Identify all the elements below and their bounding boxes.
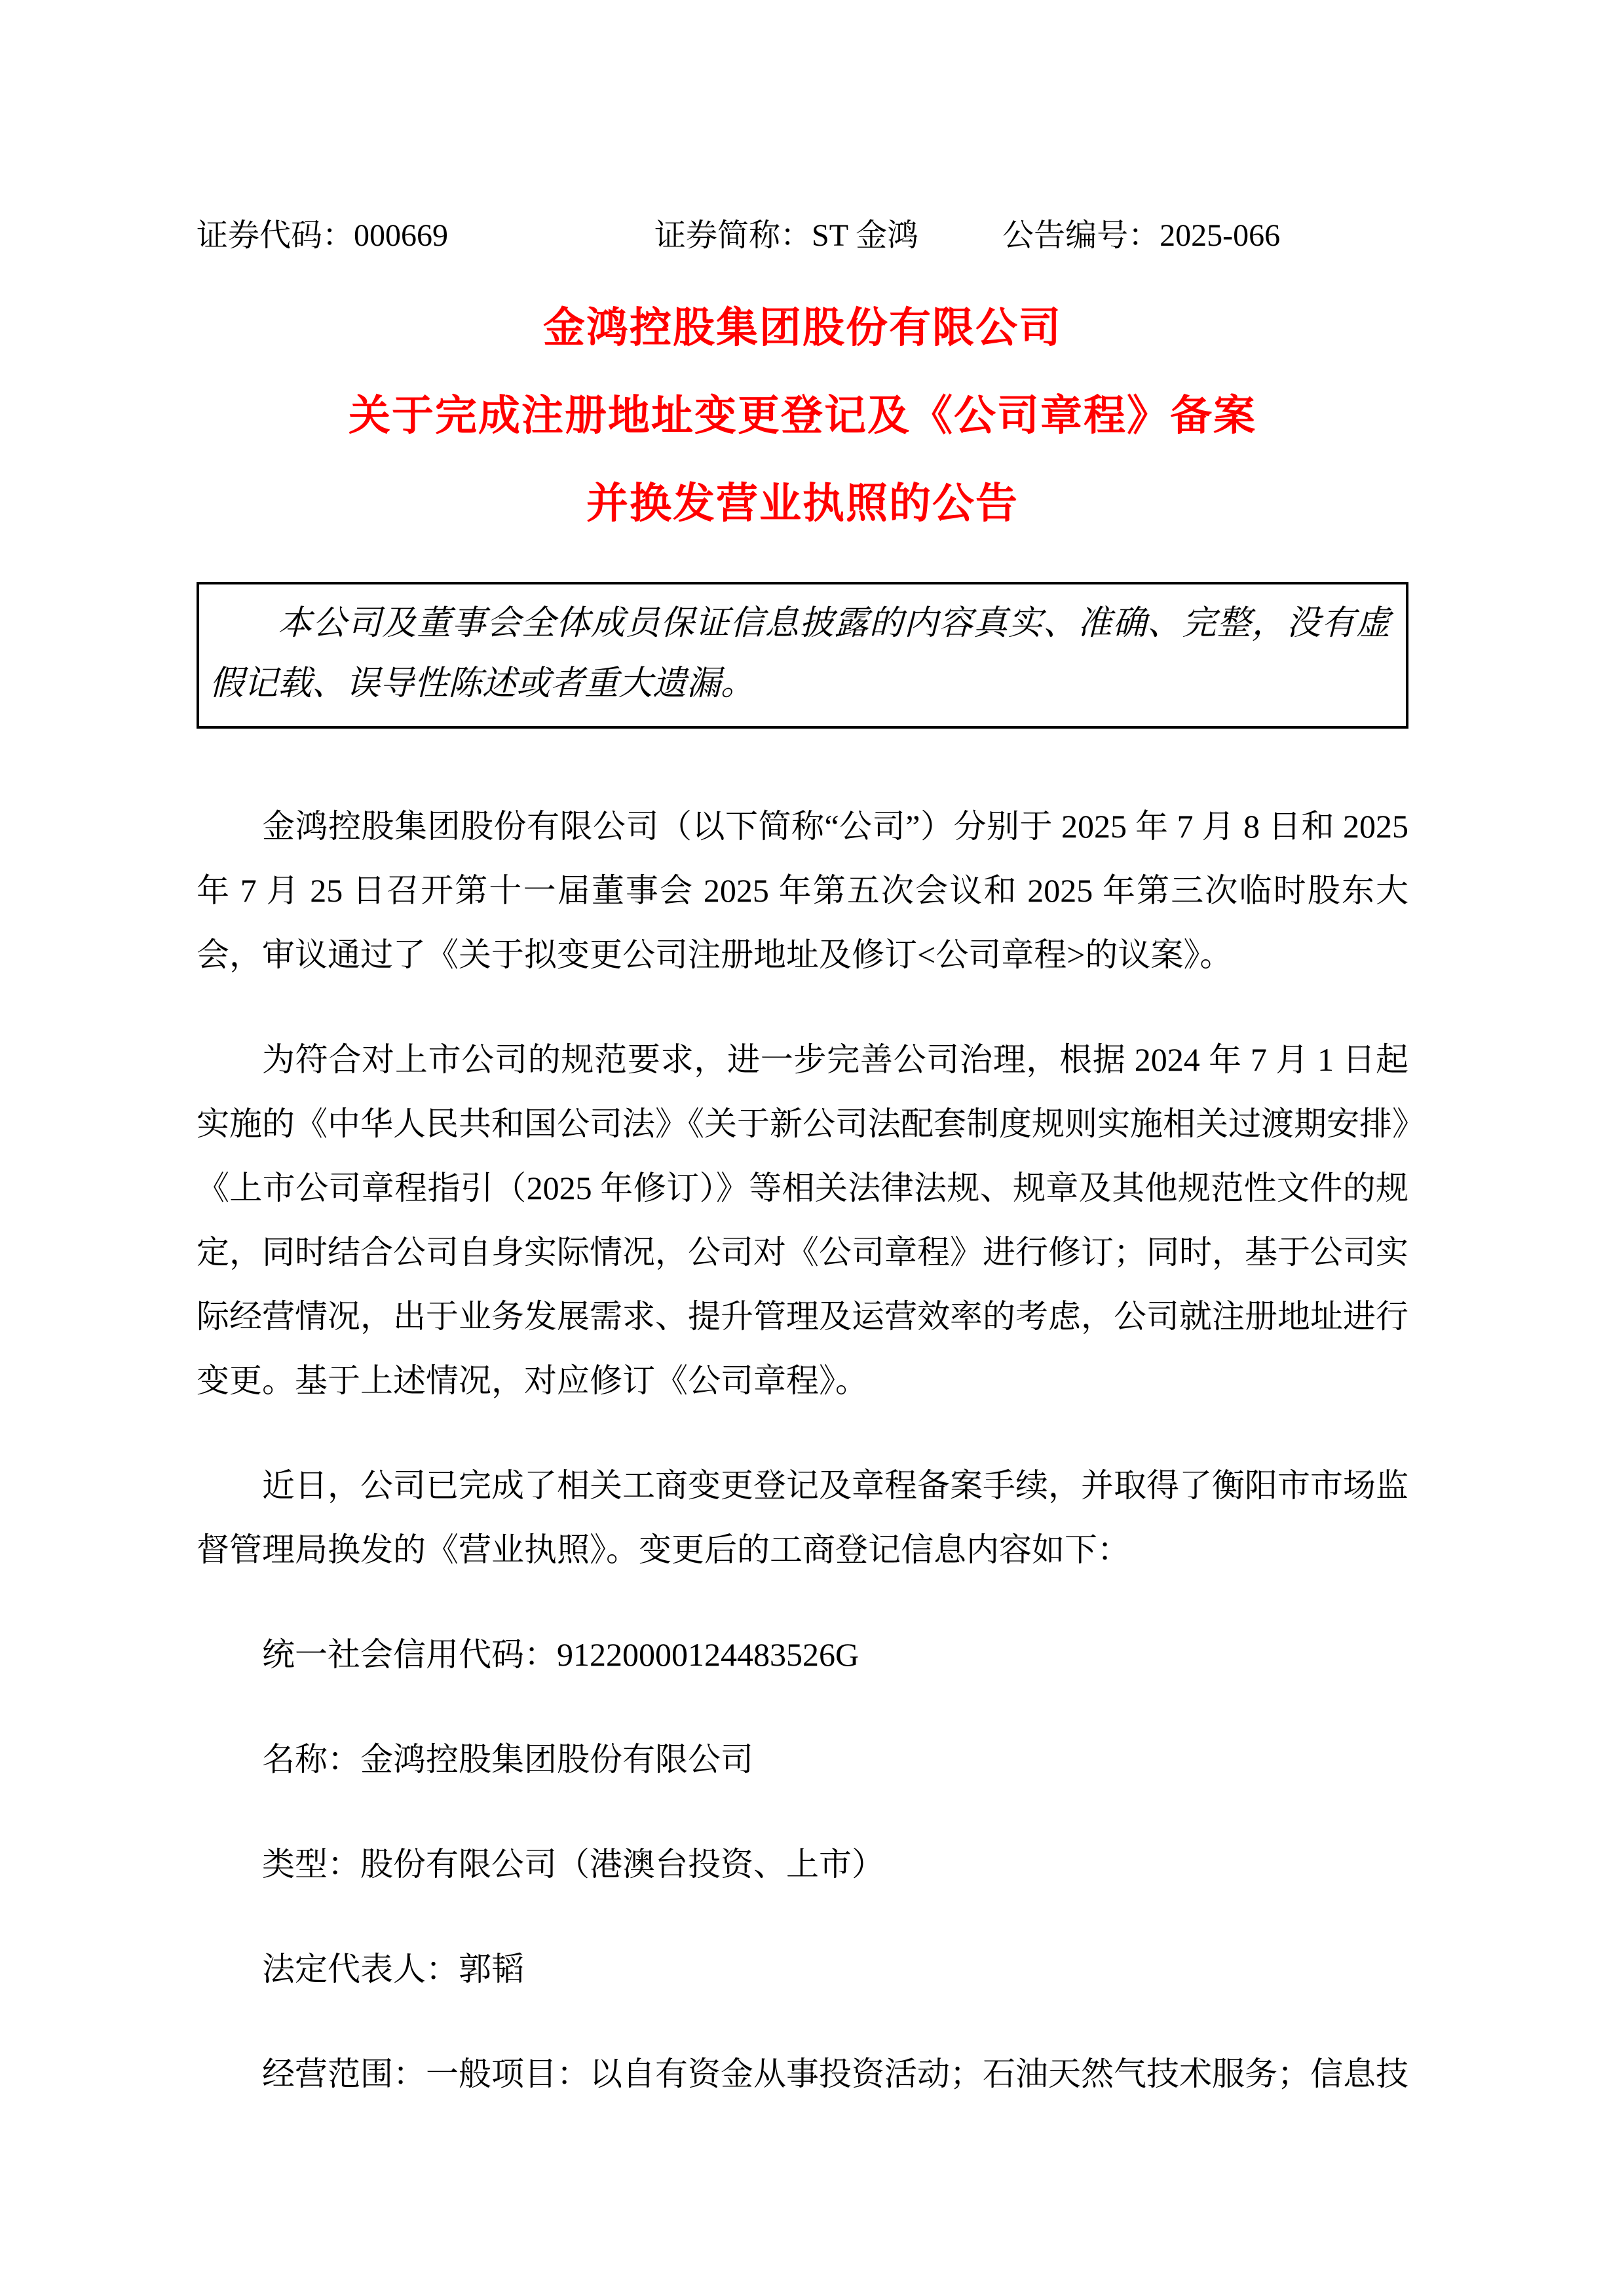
document-header: 证券代码：000669 证券简称：ST 金鸿 公告编号：2025-066 <box>197 216 1408 256</box>
info-credit-code: 统一社会信用代码：91220000124483526G <box>197 1622 1408 1687</box>
document-title-line-1: 金鸿控股集团股份有限公司 <box>197 284 1408 372</box>
disclaimer-text: 本公司及董事会全体成员保证信息披露的内容真实、准确、完整，没有虚假记载、误导性陈… <box>210 594 1390 714</box>
document-title-line-2: 关于完成注册地址变更登记及《公司章程》备案 <box>197 372 1408 459</box>
body-paragraph-revision-reasons: 为符合对上市公司的规范要求，进一步完善公司治理，根据 2024 年 7 月 1 … <box>197 1027 1408 1413</box>
stock-abbr-label: 证券简称：ST 金鸿 <box>654 216 918 256</box>
info-business-scope: 经营范围：一般项目：以自有资金从事投资活动；石油天然气技术服务；信息技 <box>197 2042 1408 2106</box>
info-company-type: 类型：股份有限公司（港澳台投资、上市） <box>197 1832 1408 1896</box>
document-body: 金鸿控股集团股份有限公司（以下简称“公司”）分别于 2025 年 7 月 8 日… <box>197 794 1408 2106</box>
document-title-line-3: 并换发营业执照的公告 <box>197 459 1408 547</box>
body-paragraph-registration-completed: 近日，公司已完成了相关工商变更登记及章程备案手续，并取得了衡阳市市场监督管理局换… <box>197 1453 1408 1582</box>
stock-code-label: 证券代码：000669 <box>197 216 448 256</box>
info-company-name: 名称：金鸿控股集团股份有限公司 <box>197 1727 1408 1791</box>
info-legal-representative: 法定代表人：郭韬 <box>197 1937 1408 2001</box>
announcement-number-label: 公告编号：2025-066 <box>1002 216 1280 256</box>
disclaimer-box: 本公司及董事会全体成员保证信息披露的内容真实、准确、完整，没有虚假记载、误导性陈… <box>197 582 1408 729</box>
document-title: 金鸿控股集团股份有限公司 关于完成注册地址变更登记及《公司章程》备案 并换发营业… <box>197 284 1408 547</box>
body-paragraph-resolutions: 金鸿控股集团股份有限公司（以下简称“公司”）分别于 2025 年 7 月 8 日… <box>197 794 1408 987</box>
